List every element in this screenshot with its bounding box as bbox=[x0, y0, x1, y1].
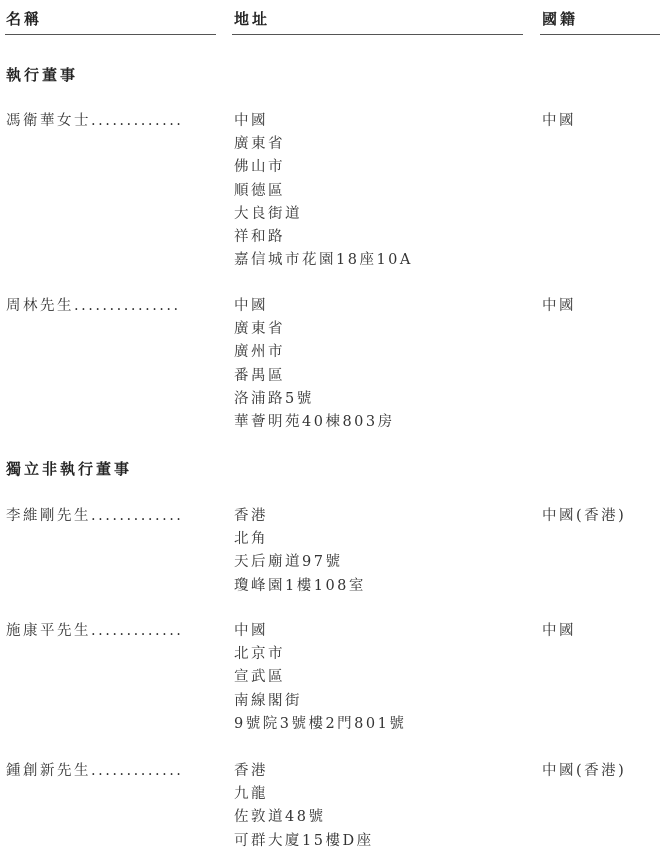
address-line: 嘉信城市花園18座10A bbox=[234, 249, 413, 272]
director-nationality: 中國 bbox=[542, 620, 576, 643]
address-line: 南線閣街 bbox=[234, 690, 406, 713]
director-address: 香港 北角 天后廟道97號 瓊峰園1樓108室 bbox=[234, 505, 366, 598]
address-line: 可群大廈15樓D座 bbox=[234, 830, 374, 853]
address-line: 佐敦道48號 bbox=[234, 806, 374, 829]
address-line: 番禺區 bbox=[234, 365, 395, 388]
header-underline-address bbox=[232, 34, 523, 35]
director-nationality: 中國 bbox=[542, 295, 576, 318]
address-line: 天后廟道97號 bbox=[234, 551, 366, 574]
director-nationality: 中國(香港) bbox=[542, 505, 626, 528]
address-line: 大良街道 bbox=[234, 203, 413, 226]
director-address: 中國 北京市 宣武區 南線閣街 9號院3號樓2門801號 bbox=[234, 620, 406, 736]
address-line: 香港 bbox=[234, 760, 374, 783]
director-name: 李維剛先生............. bbox=[6, 505, 216, 528]
director-address: 中國 廣東省 廣州市 番禺區 洛浦路5號 華薈明苑40棟803房 bbox=[234, 295, 395, 434]
address-line: 北京市 bbox=[234, 643, 406, 666]
address-line: 中國 bbox=[234, 295, 395, 318]
header-underline-name bbox=[5, 34, 216, 35]
address-line: 洛浦路5號 bbox=[234, 388, 395, 411]
column-header-nationality: 國籍 bbox=[542, 8, 578, 30]
address-line: 廣州市 bbox=[234, 341, 395, 364]
address-line: 中國 bbox=[234, 110, 413, 133]
address-line: 順德區 bbox=[234, 180, 413, 203]
address-line: 宣武區 bbox=[234, 666, 406, 689]
address-line: 中國 bbox=[234, 620, 406, 643]
address-line: 北角 bbox=[234, 528, 366, 551]
director-name: 鍾創新先生............. bbox=[6, 760, 216, 783]
address-line: 香港 bbox=[234, 505, 366, 528]
section-title-independent-non-executive-directors: 獨立非執行董事 bbox=[6, 458, 132, 480]
column-header-name: 名稱 bbox=[6, 8, 42, 30]
director-name: 周林先生............... bbox=[6, 295, 216, 318]
address-line: 瓊峰園1樓108室 bbox=[234, 575, 366, 598]
director-address: 中國 廣東省 佛山市 順德區 大良街道 祥和路 嘉信城市花園18座10A bbox=[234, 110, 413, 272]
address-line: 華薈明苑40棟803房 bbox=[234, 411, 395, 434]
address-line: 廣東省 bbox=[234, 133, 413, 156]
director-address: 香港 九龍 佐敦道48號 可群大廈15樓D座 bbox=[234, 760, 374, 853]
director-name: 施康平先生............. bbox=[6, 620, 216, 643]
section-title-executive-directors: 執行董事 bbox=[6, 64, 78, 86]
header-underline-nationality bbox=[540, 34, 660, 35]
director-nationality: 中國 bbox=[542, 110, 576, 133]
director-name: 馮衛華女士............. bbox=[6, 110, 216, 133]
address-line: 九龍 bbox=[234, 783, 374, 806]
address-line: 廣東省 bbox=[234, 318, 395, 341]
address-line: 9號院3號樓2門801號 bbox=[234, 713, 406, 736]
column-header-address: 地址 bbox=[234, 8, 270, 30]
address-line: 祥和路 bbox=[234, 226, 413, 249]
address-line: 佛山市 bbox=[234, 156, 413, 179]
director-nationality: 中國(香港) bbox=[542, 760, 626, 783]
